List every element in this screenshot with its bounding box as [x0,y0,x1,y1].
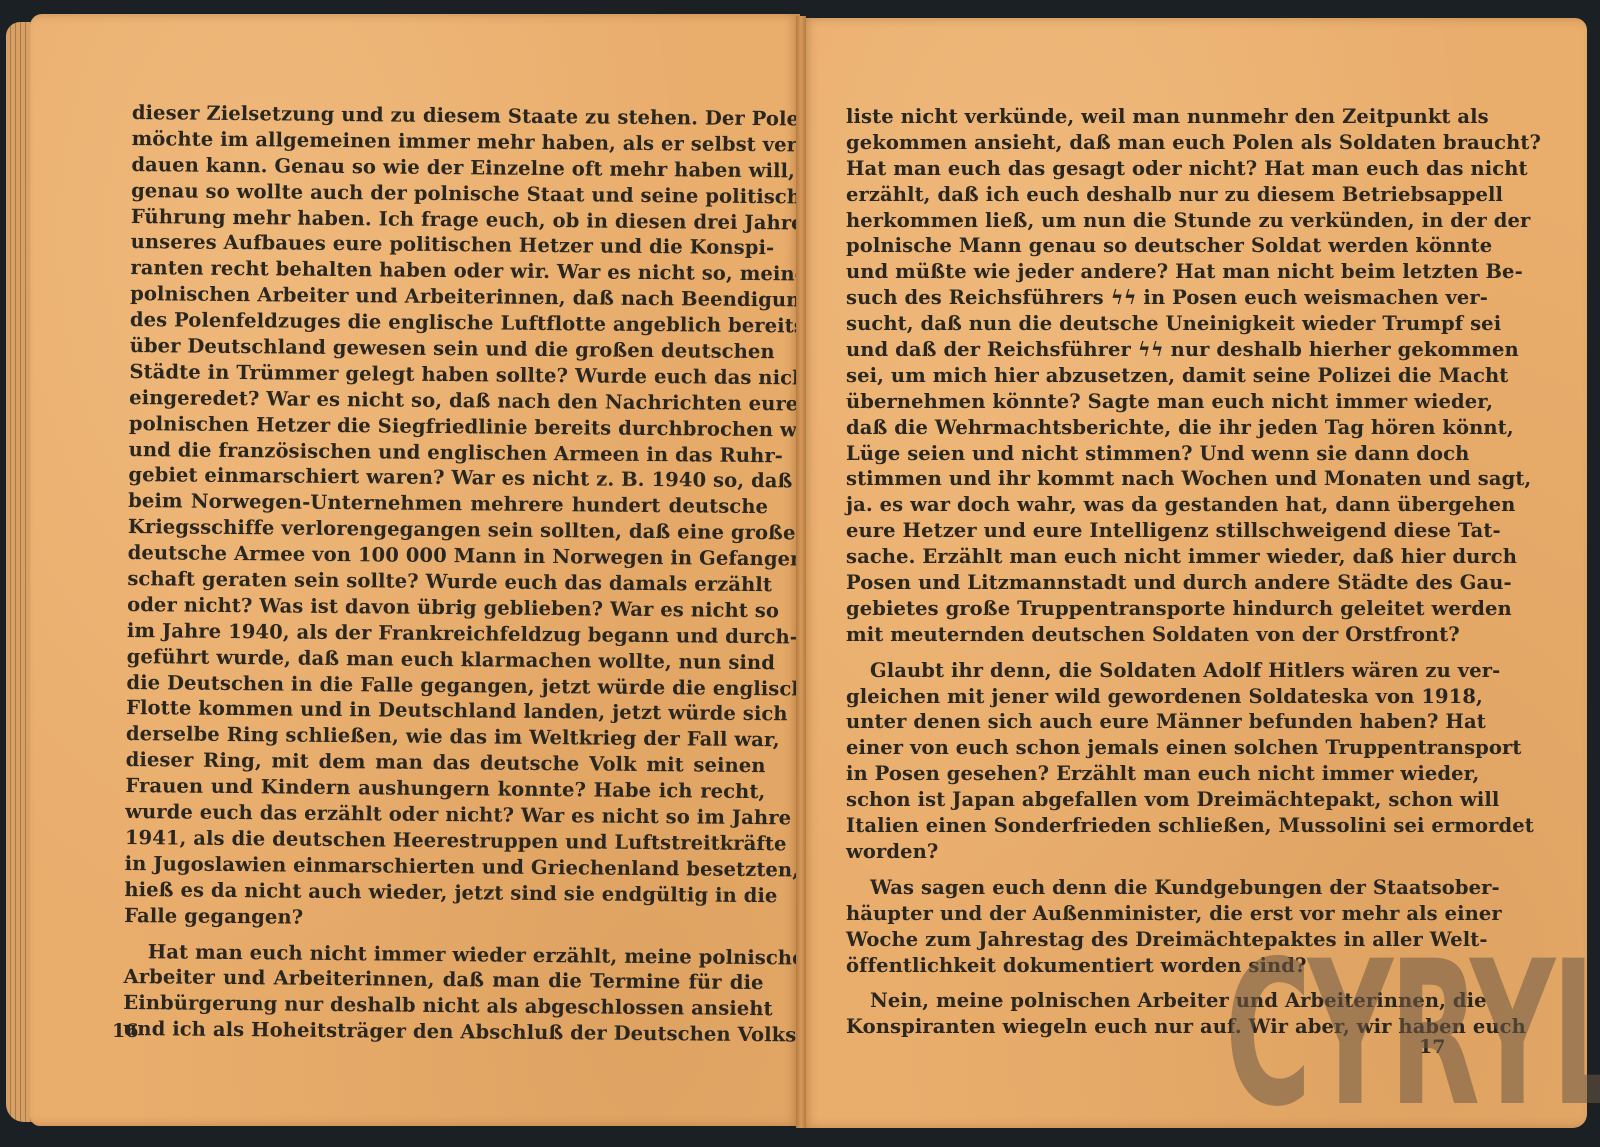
paragraph-gap [846,648,1460,658]
book-gutter [796,16,806,1128]
text-line: worden? [846,839,1460,865]
text-line: ja. es war doch wahr, was da gestanden h… [846,492,1460,518]
text-line: Italien einen Sonderfrieden schließen, M… [846,813,1460,839]
right-page-text: liste nicht verkünde, weil man nunmehr d… [846,104,1460,1040]
text-line: sache. Erzählt man euch nicht immer wied… [846,544,1460,570]
text-line: Nein, meine polnischen Arbeiter und Arbe… [846,988,1460,1014]
text-line: eure Hetzer und eure Intelligenz stillsc… [846,518,1460,544]
text-line: öffentlichkeit dokumentiert worden sind? [846,953,1460,979]
text-line: Woche zum Jahrestag des Dreimächtepaktes… [846,927,1460,953]
text-line: Posen und Litzmannstadt und durch andere… [846,570,1460,596]
text-line: sei, um mich hier abzusetzen, damit sein… [846,363,1460,389]
text-line: Lüge seien und nicht stimmen? Und wenn s… [846,441,1460,467]
left-page-text: dieser Zielsetzung und zu diesem Staate … [123,100,772,1048]
page-number: 16 [112,1020,138,1042]
text-line: und daß der Reichsführer ϟϟ nur deshalb … [846,337,1460,363]
text-line: mit meuternden deutschen Soldaten von de… [846,622,1460,648]
text-line: Was sagen euch denn die Kundgebungen der… [846,875,1460,901]
text-line: gebietes große Truppentransporte hindurc… [846,596,1460,622]
text-line: Konspiranten wiegeln euch nur auf. Wir a… [846,1014,1460,1040]
left-page: dieser Zielsetzung und zu diesem Staate … [30,14,800,1126]
text-line: Glaubt ihr denn, die Soldaten Adolf Hitl… [846,658,1460,684]
text-line: Hat man euch das gesagt oder nicht? Hat … [846,156,1460,182]
text-line: gekommen ansieht, daß man euch Polen als… [846,130,1460,156]
text-line: unter denen sich auch eure Männer befund… [846,709,1460,735]
text-line: liste nicht verkünde, weil man nunmehr d… [846,104,1460,130]
text-line: übernehmen könnte? Sagte man euch nicht … [846,389,1460,415]
text-line: und müßte wie jeder andere? Hat man nich… [846,259,1460,285]
text-line: sucht, daß nun die deutsche Uneinigkeit … [846,311,1460,337]
text-line: such des Reichsführers ϟϟ in Posen euch … [846,285,1460,311]
text-line: herkommen ließ, um nun die Stunde zu ver… [846,208,1460,234]
text-line: gleichen mit jener wild gewordenen Solda… [846,684,1460,710]
page-number: 17 [1419,1036,1445,1058]
paragraph-gap [846,978,1460,988]
text-line: erzählt, daß ich euch deshalb nur zu die… [846,182,1460,208]
paragraph-gap [846,865,1460,875]
text-line: einer von euch schon jemals einen solche… [846,735,1460,761]
text-line: in Posen gesehen? Erzählt man euch nicht… [846,761,1460,787]
text-line: häupter und der Außenminister, die erst … [846,901,1460,927]
text-line: stimmen und ihr kommt nach Wochen und Mo… [846,466,1460,492]
text-line: daß die Wehrmachtsberichte, die ihr jede… [846,415,1460,441]
text-line: polnische Mann genau so deutscher Soldat… [846,233,1460,259]
text-line: schon ist Japan abgefallen vom Dreimächt… [846,787,1460,813]
text-line: und ich als Hoheitsträger den Abschluß d… [123,1016,763,1048]
right-page: liste nicht verkünde, weil man nunmehr d… [802,18,1587,1128]
